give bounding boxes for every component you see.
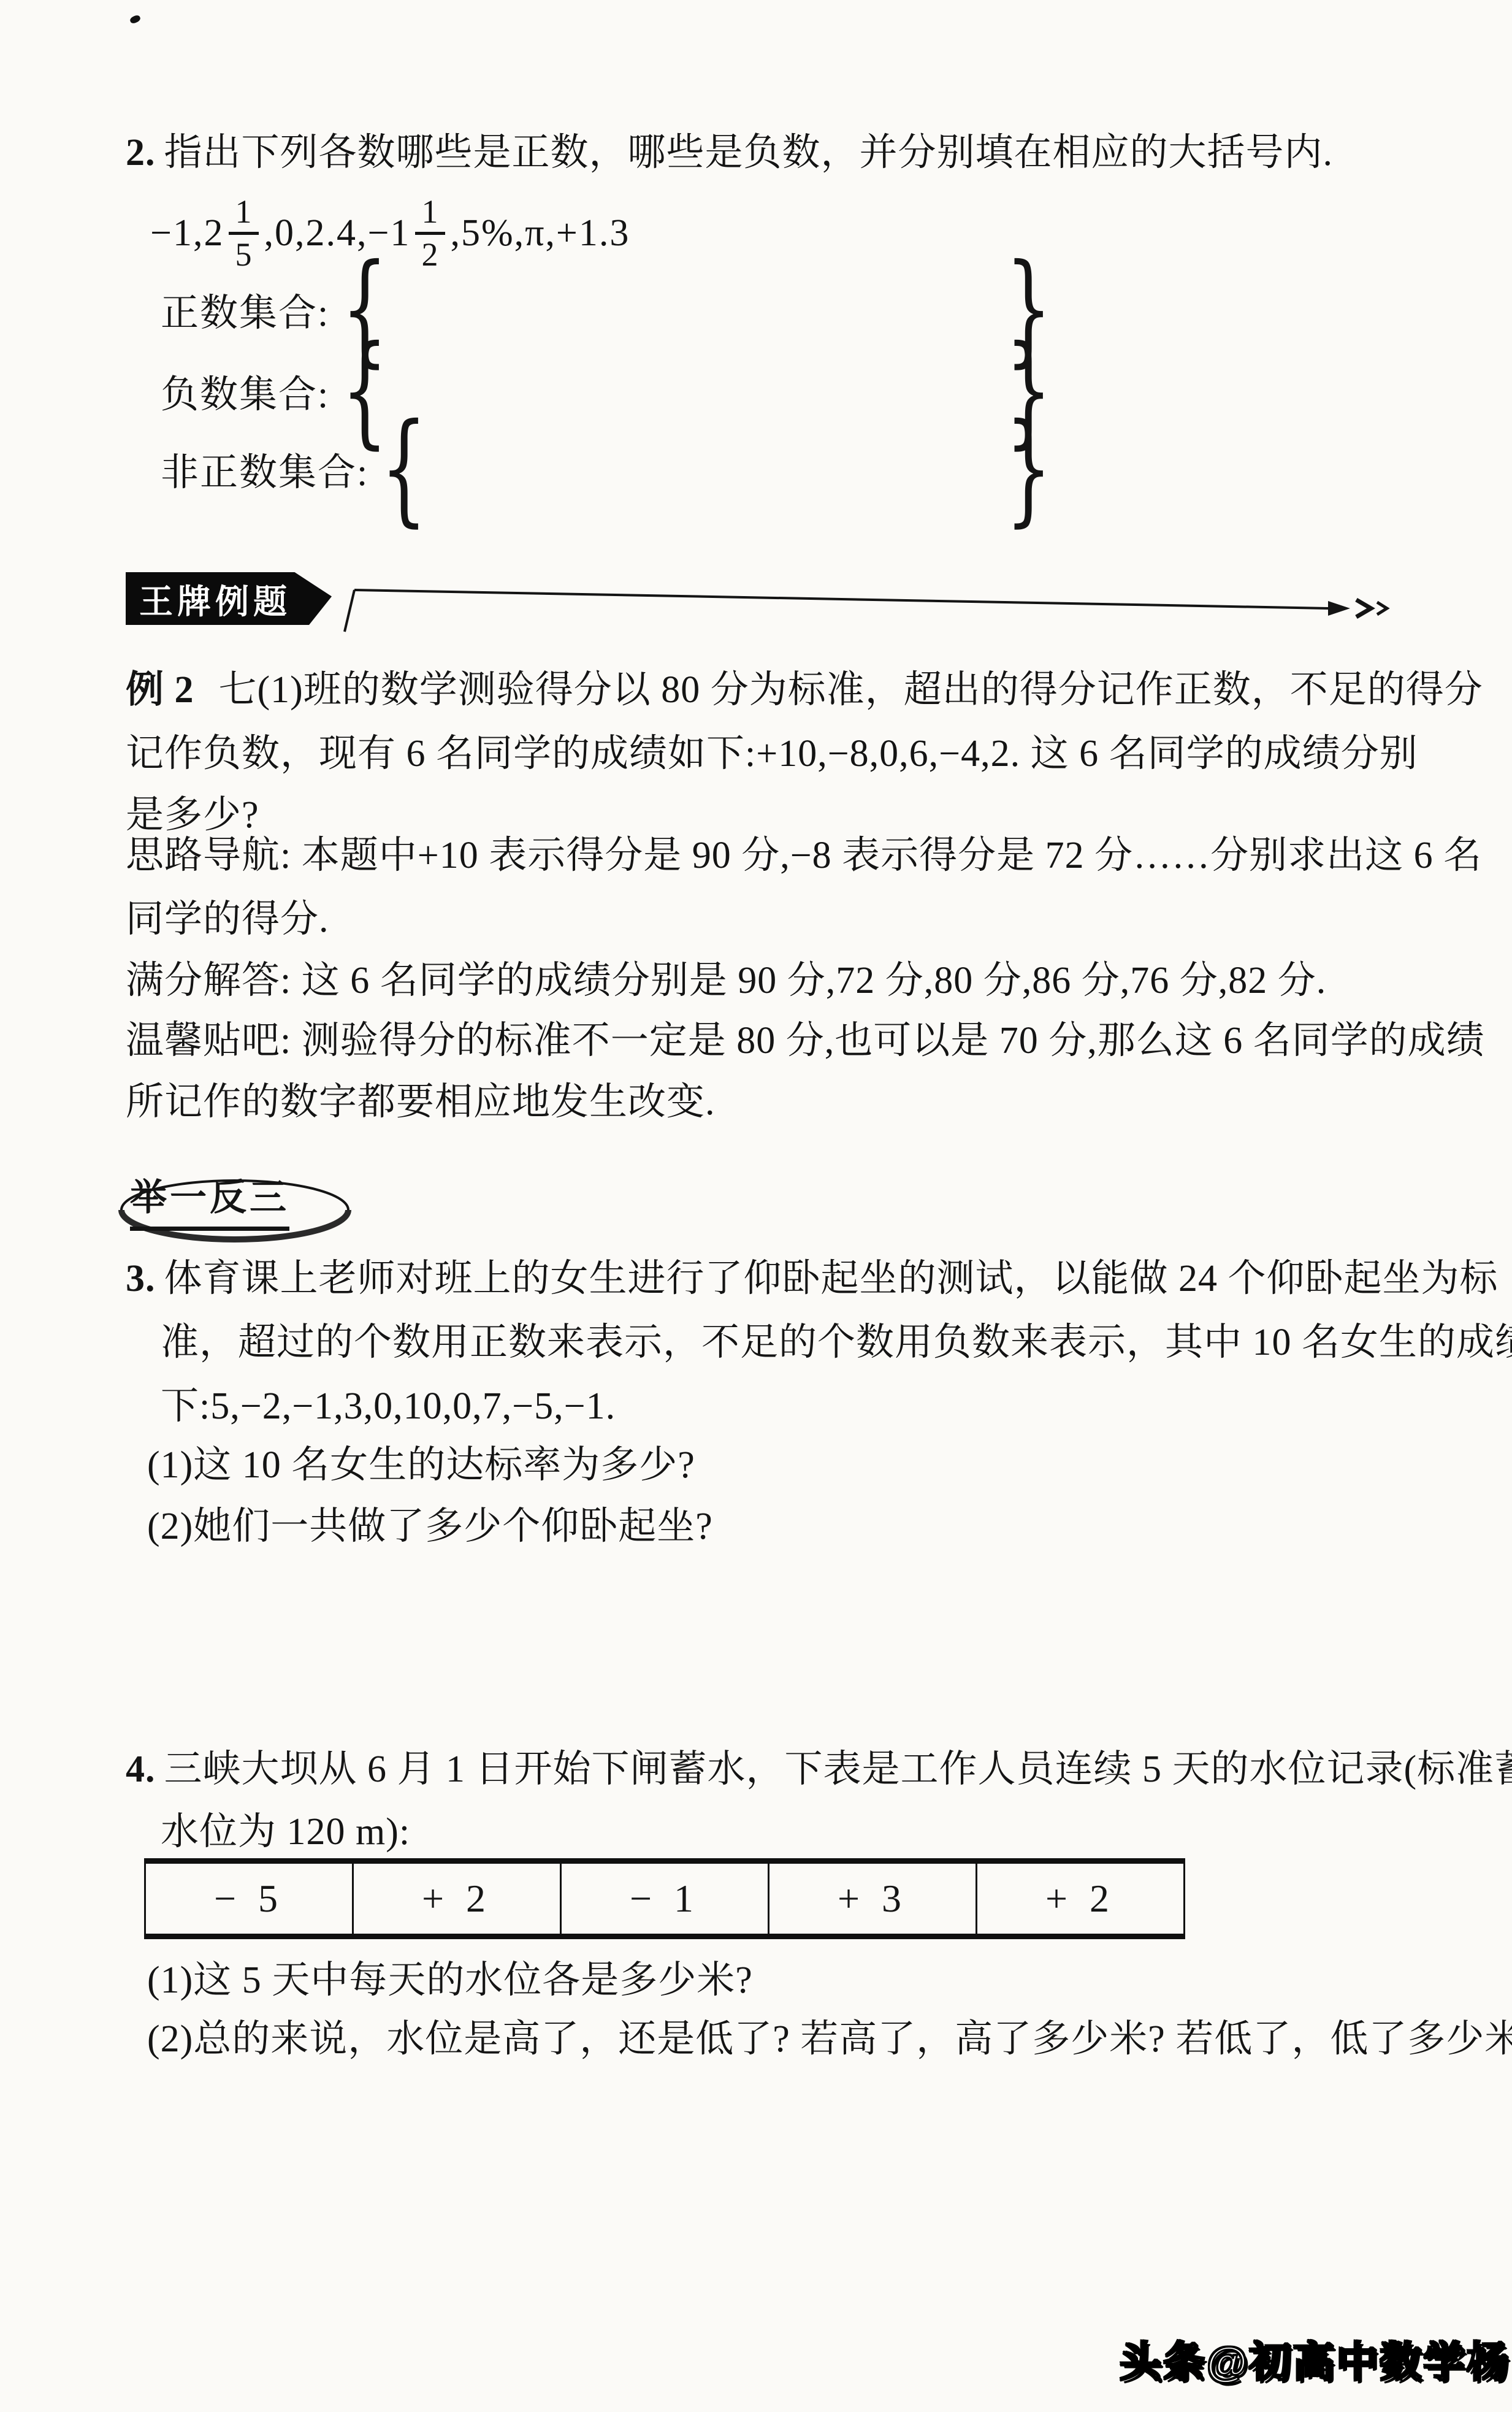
worksheet-page: 2.指出下列各数哪些是正数，哪些是负数，并分别填在相应的大括号内. −1,215… <box>0 0 1512 2412</box>
example2-tag: 例 2 <box>126 669 194 711</box>
fraction: 12 <box>415 194 445 272</box>
problem3-question1: (1)这 10 名女生的达标率为多少? <box>147 1442 695 1488</box>
problem4-number: 4. <box>126 1748 156 1790</box>
answer-line: 满分解答: 这 6 名同学的成绩分别是 90 分,72 分,80 分,86 分,… <box>126 958 1326 1003</box>
open-brace: { <box>381 408 427 529</box>
fraction-bar <box>229 232 259 235</box>
banner-arrow-line <box>319 570 1410 644</box>
problem3-line3: 下:5,−2,−1,3,0,10,0,7,−5,−1. <box>161 1384 616 1429</box>
table-cell: + 3 <box>769 1864 977 1934</box>
guide-line2: 同学的得分. <box>126 897 329 942</box>
tip-line2: 所记作的数字都要相应地发生改变. <box>126 1079 716 1125</box>
example2-line2: 记作负数，现有 6 名同学的成绩如下:+10,−8,0,6,−4,2. 这 6 … <box>126 731 1418 776</box>
math-text: ,5%,π,+1.3 <box>450 212 630 255</box>
fraction-denominator: 2 <box>415 237 445 272</box>
problem4-question1: (1)这 5 天中每天的水位各是多少米? <box>147 1958 753 2003</box>
tip-line1: 温馨贴吧: 测验得分的标准不一定是 80 分,也可以是 70 分,那么这 6 名… <box>126 1018 1485 1063</box>
scan-speck <box>129 14 141 25</box>
problem4-question2: (2)总的来说，水位是高了，还是低了? 若高了，高了多少米? 若低了，低了多少米… <box>147 2016 1512 2062</box>
example2-text1: 七(1)班的数学测验得分以 80 分为标准，超出的得分记作正数，不足的得分 <box>219 669 1483 711</box>
guide-line1: 思路导航: 本题中+10 表示得分是 90 分,−8 表示得分是 72 分……分… <box>126 833 1482 878</box>
example2-line3: 是多少? <box>126 792 259 838</box>
table-cell: − 5 <box>146 1864 354 1934</box>
practice-section-header: 举一反三 <box>109 1161 391 1253</box>
problem3-line2: 准，超过的个数用正数来表示，不足的个数用负数来表示，其中 10 名女生的成绩如 <box>161 1320 1512 1365</box>
positive-set-label: 正数集合: <box>161 282 329 337</box>
close-brace: } <box>1006 408 1052 529</box>
banner-title: 王牌例题 <box>139 575 291 623</box>
problem3-text1: 体育课上老师对班上的女生进行了仰卧起坐的测试，以能做 24 个仰卧起坐为标 <box>164 1258 1499 1300</box>
fraction-numerator: 1 <box>415 194 445 229</box>
arrow-head <box>1328 601 1350 616</box>
water-level-table: − 5+ 2− 1+ 3+ 2 <box>144 1858 1185 1939</box>
problem3-line1: 3.体育课上老师对班上的女生进行了仰卧起坐的测试，以能做 24 个仰卧起坐为标 <box>126 1256 1499 1301</box>
fraction-bar <box>415 232 445 235</box>
example2-line1: 例 2七(1)班的数学测验得分以 80 分为标准，超出的得分记作正数，不足的得分 <box>126 667 1483 713</box>
fraction-numerator: 1 <box>229 194 259 229</box>
problem4-line2: 水位为 120 m): <box>161 1809 410 1855</box>
close-brace-row3: } <box>999 407 1058 530</box>
nonpositive-set-row: 非正数集合: { <box>161 407 433 530</box>
table-cell: + 2 <box>354 1864 562 1934</box>
example-section-banner: 王牌例题 <box>126 572 332 625</box>
problem4-text1: 三峡大坝从 6 月 1 日开始下闸蓄水，下表是工作人员连续 5 天的水位记录(标… <box>164 1748 1512 1790</box>
nonpositive-set-label: 非正数集合: <box>161 442 368 496</box>
practice-section-title: 举一反三 <box>130 1168 289 1231</box>
table-cell: + 2 <box>977 1864 1183 1934</box>
problem3-number: 3. <box>126 1258 156 1300</box>
table-cell: − 1 <box>562 1864 769 1934</box>
watermark: 头条@初高中数学杨 <box>1120 2329 1510 2389</box>
problem4-line1: 4.三峡大坝从 6 月 1 日开始下闸蓄水，下表是工作人员连续 5 天的水位记录… <box>126 1747 1512 1792</box>
problem3-question2: (2)她们一共做了多少个仰卧起坐? <box>147 1504 713 1549</box>
